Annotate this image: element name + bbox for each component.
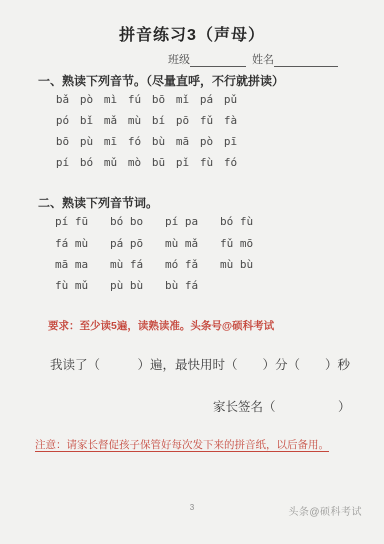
syllable: bū (151, 156, 166, 169)
pinyin-word: fǔ mō (220, 237, 262, 250)
section2-heading: 二、熟读下列音节词。 (38, 194, 158, 211)
reading-progress-line: 我读了（ ）遍，最快用时（ ）分（ ）秒 (50, 355, 350, 373)
watermark: 头条@硕科考试 (288, 503, 362, 518)
syllable: pǔ (223, 93, 238, 106)
pinyin-word: pí pa (165, 215, 207, 228)
worksheet-page: 拼音练习3（声母） 班级 姓名 一、熟读下列音节。（尽量直呼，不行就拼读） bǎ… (0, 0, 384, 544)
name-label: 姓名 (252, 51, 274, 67)
class-name-line: 班级 姓名 (168, 51, 338, 67)
syllable-row: bō pù mī fó bù mā pò pī (55, 135, 238, 148)
syllable: bō (55, 135, 70, 148)
syllable: pù (79, 135, 94, 148)
parent-signature-line: 家长签名（ ） (213, 397, 351, 415)
class-blank-line (190, 54, 246, 67)
pinyin-word: pá pō (110, 237, 152, 250)
syllable: mì (103, 93, 118, 106)
syllable: fǔ (199, 114, 214, 127)
syllable: bó (79, 156, 94, 169)
syllable: mù (127, 114, 142, 127)
word-row: fá mù pá pō mù mǎ fǔ mō (55, 237, 262, 250)
pinyin-word: pí fū (55, 215, 97, 228)
requirement-note: 要求：至少读5遍，读熟读准。头条号@硕科考试 (48, 318, 274, 333)
syllable: pò (79, 93, 94, 106)
pinyin-word: mù bù (220, 258, 262, 271)
syllable: mǎ (103, 114, 118, 127)
syllable: mò (127, 156, 142, 169)
word-row: pí fū bó bo pí pa bó fù (55, 215, 262, 228)
syllable: bǐ (79, 114, 94, 127)
syllable: pí (55, 156, 70, 169)
syllable: mā (175, 135, 190, 148)
pinyin-word: bó fù (220, 215, 262, 228)
syllable: pī (223, 135, 238, 148)
syllable-row: bǎ pò mì fú bō mǐ pá pǔ (55, 93, 238, 106)
syllable: pá (199, 93, 214, 106)
syllable: pò (199, 135, 214, 148)
syllable: pó (55, 114, 70, 127)
syllable-row: pó bǐ mǎ mù bí pō fǔ fà (55, 114, 238, 127)
syllable: pǐ (175, 156, 190, 169)
pinyin-word: bó bo (110, 215, 152, 228)
syllable-row: pí bó mǔ mò bū pǐ fù fó (55, 156, 238, 169)
syllable: bǎ (55, 93, 70, 106)
section1-heading: 一、熟读下列音节。（尽量直呼，不行就拼读） (38, 72, 284, 89)
syllable: mǔ (103, 156, 118, 169)
page-title: 拼音练习3（声母） (0, 22, 384, 45)
pinyin-word: pù bù (110, 279, 152, 292)
syllable: fú (127, 93, 142, 106)
syllable: fó (223, 156, 238, 169)
syllable: mǐ (175, 93, 190, 106)
pinyin-word: fù mǔ (55, 279, 97, 292)
pinyin-word: bù fá (165, 279, 207, 292)
syllable: bō (151, 93, 166, 106)
class-label: 班级 (168, 51, 190, 67)
syllable: bù (151, 135, 166, 148)
pinyin-word: mù fá (110, 258, 152, 271)
warning-note: 注意：请家长督促孩子保管好每次发下来的拼音纸，以后备用。 (35, 437, 329, 452)
word-row: mā ma mù fá mó fǎ mù bù (55, 258, 262, 271)
syllable: bí (151, 114, 166, 127)
syllable: fó (127, 135, 142, 148)
syllable: mī (103, 135, 118, 148)
syllable: pō (175, 114, 190, 127)
pinyin-word: mā ma (55, 258, 97, 271)
syllable: fù (199, 156, 214, 169)
name-blank-line (274, 54, 338, 67)
pinyin-word: mù mǎ (165, 237, 207, 250)
pinyin-word: fá mù (55, 237, 97, 250)
pinyin-word: mó fǎ (165, 258, 207, 271)
syllable: fà (223, 114, 238, 127)
word-row: fù mǔ pù bù bù fá (55, 279, 207, 292)
